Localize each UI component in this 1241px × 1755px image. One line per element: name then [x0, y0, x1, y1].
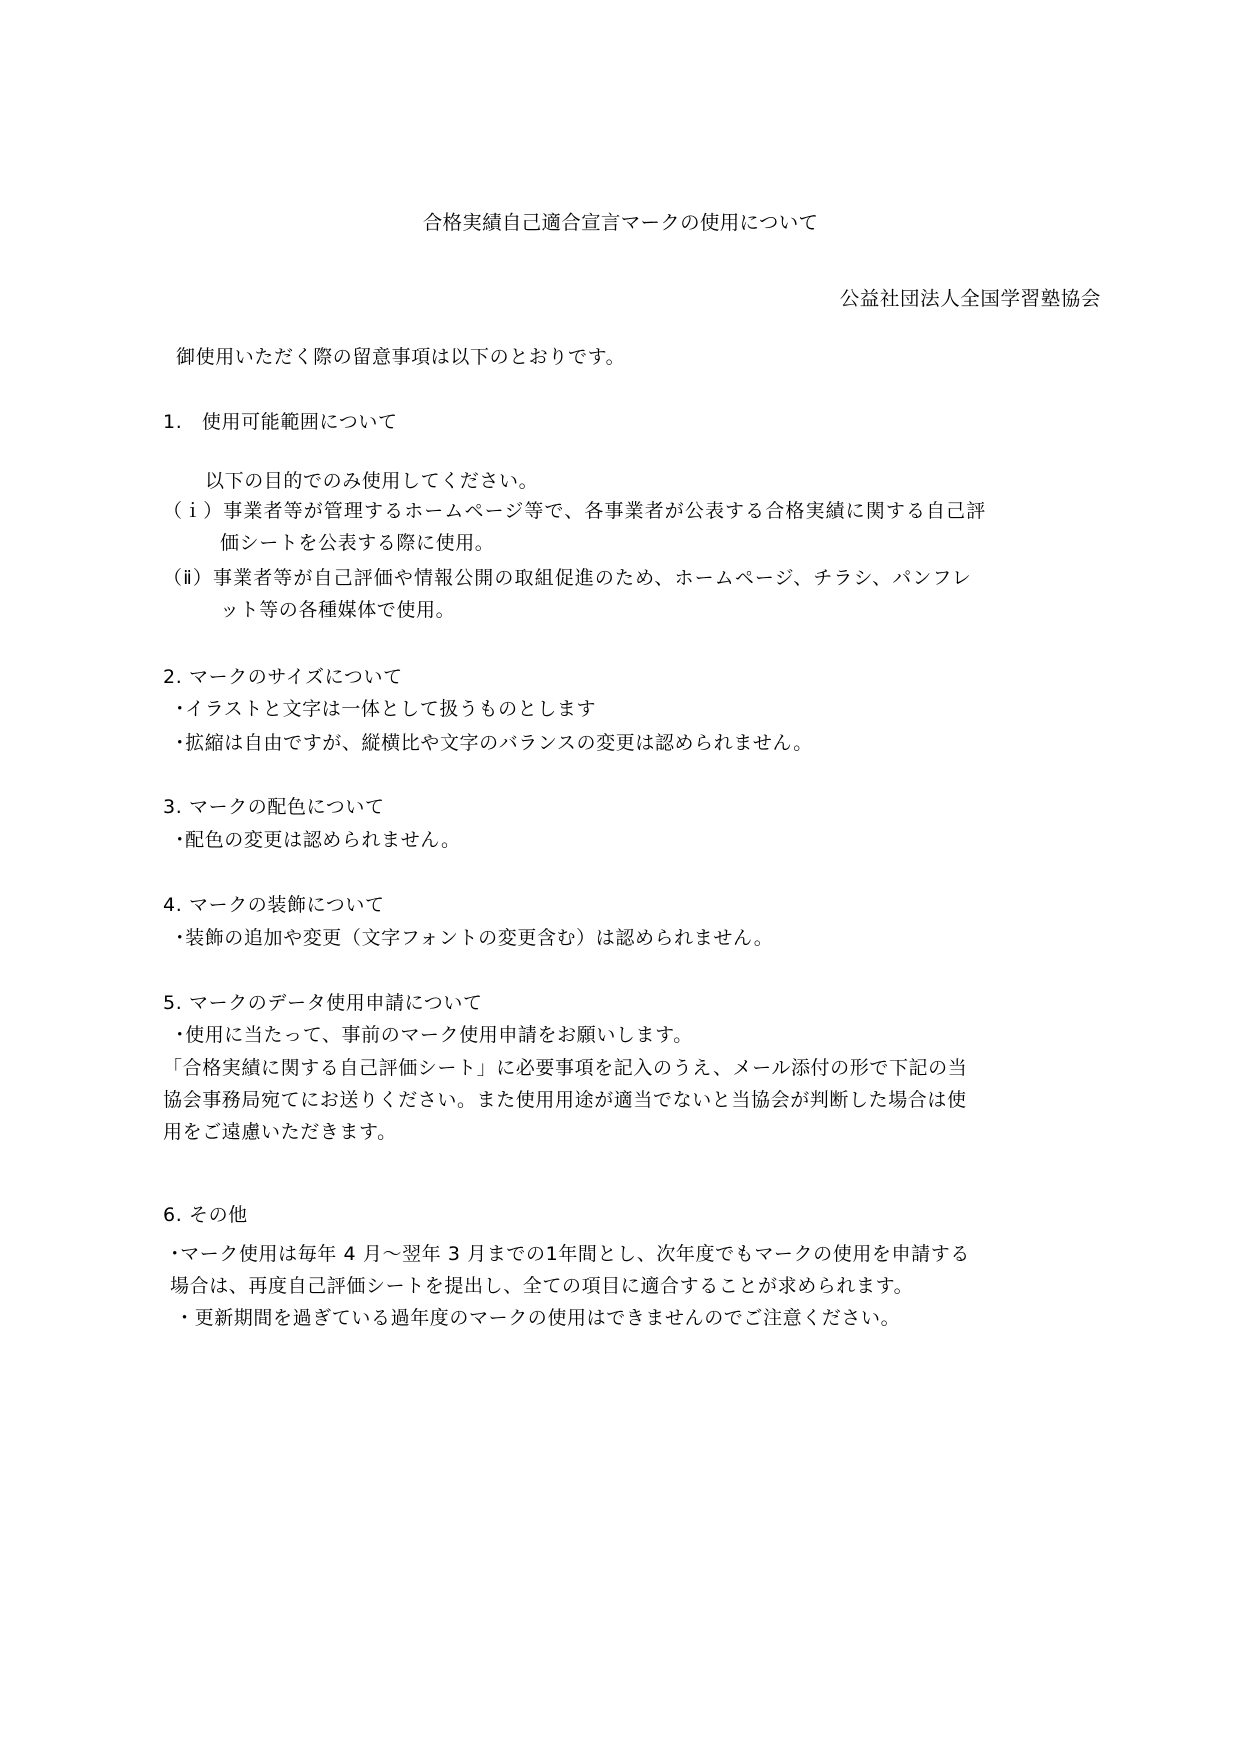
intro-text: 御使用いただく際の留意事項は以下のとおりです。 — [176, 345, 625, 369]
section-1-line-3: 価シートを公表する際に使用。 — [220, 531, 494, 555]
section-1-line-4: （ⅱ）事業者等が自己評価や情報公開の取組促進のため、ホームページ、チラシ、パンフ… — [163, 566, 972, 590]
section-5-line-3: 協会事務局宛てにお送りください。また使用用途が適当でないと当協会が判断した場合は… — [163, 1088, 967, 1112]
section-6-line-3: ・更新期間を過ぎている過年度のマークの使用はできませんのでご注意ください。 — [175, 1306, 900, 1330]
section-3-line-1: ･配色の変更は認められません。 — [175, 828, 461, 852]
section-5-line-2: 「合格実績に関する自己評価シート」に必要事項を記入のうえ、メール添付の形で下記の… — [163, 1056, 967, 1080]
section-1-line-5: ット等の各種媒体で使用。 — [220, 598, 455, 622]
section-6-line-1: ･マーク使用は毎年 4 月～翌年 3 月までの1年間とし、次年度でもマークの使用… — [170, 1242, 970, 1266]
section-2-heading: 2. マークのサイズについて — [163, 665, 403, 689]
section-1-line-2: （ｉ）事業者等が管理するホームページ等で、各事業者が公表する合格実績に関する自己… — [163, 499, 986, 523]
section-2-line-1: ･イラストと文字は一体として扱うものとします — [175, 697, 596, 721]
section-5-line-4: 用をご遠慮いただきます。 — [163, 1120, 397, 1144]
section-5-line-1: ･使用に当たって、事前のマーク使用申請をお願いします。 — [175, 1023, 693, 1047]
section-6-heading: 6. その他 — [163, 1203, 248, 1227]
section-1-heading: 1. 使用可能範囲について — [163, 410, 398, 434]
section-1-line-1: 以下の目的でのみ使用してください。 — [205, 469, 538, 493]
document-title: 合格実績自己適合宣言マークの使用について — [0, 211, 1241, 235]
section-5-heading: 5. マークのデータ使用申請について — [163, 991, 483, 1015]
section-4-heading: 4. マークの装飾について — [163, 893, 385, 917]
document-page: 合格実績自己適合宣言マークの使用について 公益社団法人全国学習塾協会 御使用いた… — [0, 0, 1241, 1755]
section-6-line-2: 場合は、再度自己評価シートを提出し、全ての項目に適合することが求められます。 — [170, 1274, 913, 1298]
section-3-heading: 3. マークの配色について — [163, 795, 385, 819]
organization-name: 公益社団法人全国学習塾協会 — [840, 287, 1101, 311]
section-2-line-2: ･拡縮は自由ですが、縦横比や文字のバランスの変更は認められません。 — [175, 731, 813, 755]
section-4-line-1: ･装飾の追加や変更（文字フォントの変更含む）は認められません。 — [175, 926, 773, 950]
